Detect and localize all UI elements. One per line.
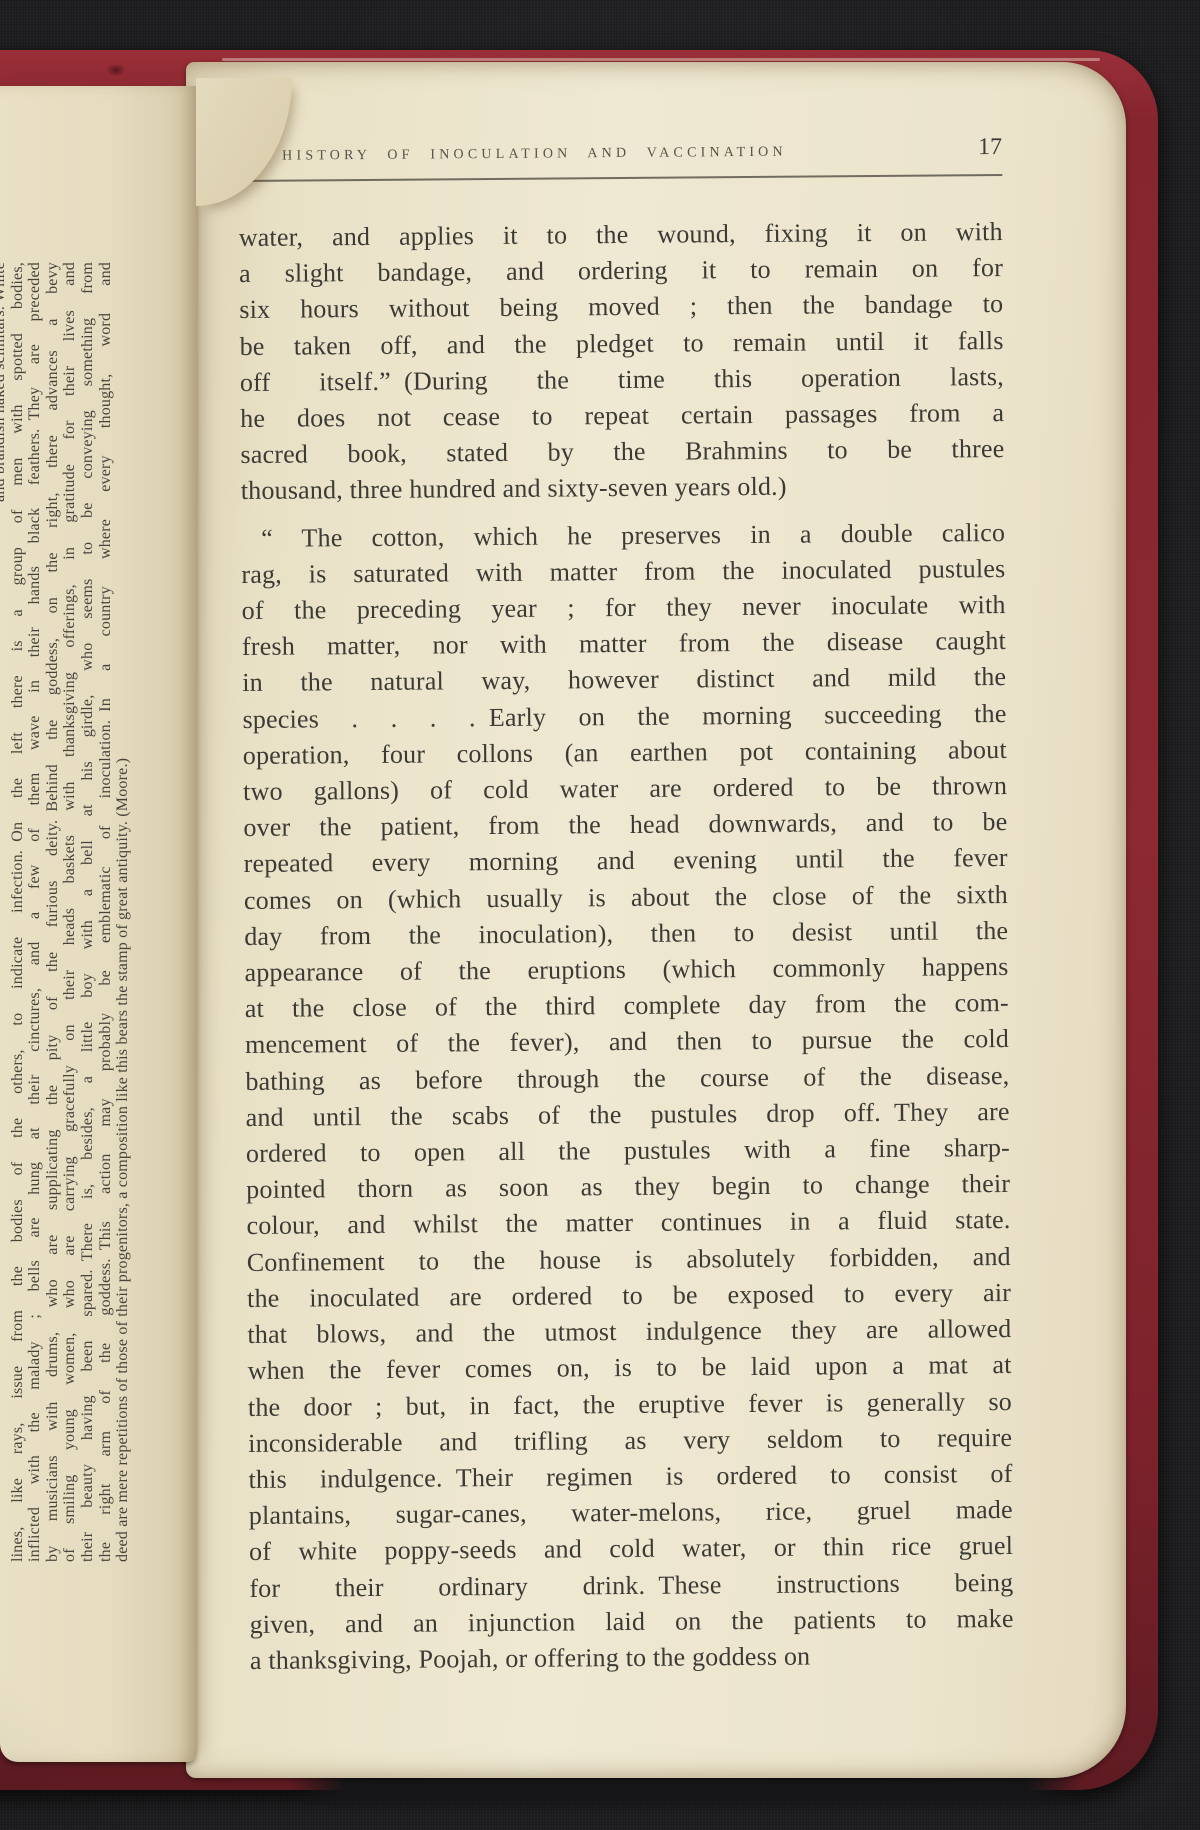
bline-29: for their ordinary drink. These instruct… [249, 1564, 1013, 1606]
bline-25: inconsiderable and trifling as very seld… [248, 1420, 1012, 1462]
bline-18: pointed thorn as soon as they begin to c… [246, 1166, 1010, 1208]
bline-22: that blows, and the utmost indulgence th… [247, 1311, 1011, 1353]
bline-30: given, and an injunction laid on the pat… [250, 1601, 1014, 1643]
bline-12: appearance of the eruptions (which commo… [244, 949, 1008, 991]
bline-27: plantains, sugar-canes, water-melons, ri… [249, 1492, 1013, 1534]
bline-9: repeated every morning and evening until… [244, 840, 1008, 882]
bline-11: day from the inoculation), then to desis… [244, 913, 1008, 955]
bline-20: Confinement to the house is absolutely f… [247, 1239, 1011, 1281]
bline-6: sacred book, stated by the Brahmins to b… [240, 431, 1004, 473]
bline-17: ordered to open all the pustules with a … [246, 1130, 1010, 1172]
cline-5: their beauty having been spared. There i… [79, 262, 97, 1562]
page-header: HISTORY OF INOCULATION AND VACCINATION 1… [238, 134, 1002, 167]
bline-1: a slight bandage, and ordering it to rem… [239, 250, 1003, 292]
cline-1: lines, like rays, issue from the bodies … [9, 262, 27, 1562]
bline-21: the inoculated are ordered to be exposed… [247, 1275, 1011, 1317]
page-number: 17 [978, 134, 1002, 161]
bline-16: and until the scabs of the pustules drop… [246, 1094, 1010, 1136]
paragraph-1: water, and applies it to the wound, fixi… [239, 214, 1005, 510]
bline-19: colour, and whilst the matter continues … [246, 1202, 1010, 1244]
bline-6: operation, four collons (an earthen pot … [243, 732, 1007, 774]
bline-7: thousand, three hundred and sixty-seven … [241, 467, 1005, 509]
bline-5: species . . . . Early on the morning suc… [242, 696, 1006, 738]
bline-4: in the natural way, however distinct and… [242, 659, 1006, 701]
running-header-title: HISTORY OF INOCULATION AND VACCINATION [282, 145, 787, 165]
left-page: and brandish naked scimitars. Whitelines… [0, 86, 197, 1762]
cline-7: deed are mere repetitions of those of th… [114, 262, 132, 1562]
cline-6: the right arm of the goddess. This actio… [97, 262, 115, 1562]
bline-8: over the patient, from the head downward… [243, 804, 1007, 846]
bline-15: bathing as before through the course of … [245, 1058, 1009, 1100]
book-photo: HISTORY OF INOCULATION AND VACCINATION 1… [0, 0, 1200, 1830]
header-rule [238, 174, 1002, 182]
bline-1: rag, is saturated with matter from the i… [241, 551, 1005, 593]
bline-4: off itself.” (During the time this opera… [240, 359, 1004, 401]
body-text: water, and applies it to the wound, fixi… [239, 214, 1014, 1679]
bline-26: this indulgence. Their regimen is ordere… [248, 1456, 1012, 1498]
bline-5: he does not cease to repeat certain pass… [240, 395, 1004, 437]
bline-3: be taken off, and the pledget to remain … [239, 323, 1003, 365]
cline-0: and brandish naked scimitars. White [0, 262, 9, 1562]
bline-2: six hours without being moved ; then the… [239, 286, 1003, 328]
bline-3: fresh matter, nor with matter from the d… [242, 623, 1006, 665]
paragraph-2: “ The cotton, which he preserves in a do… [241, 515, 1014, 1679]
rotated-plate-caption: and brandish naked scimitars. Whitelines… [0, 262, 132, 1562]
bline-2: of the preceding year ; for they never i… [242, 587, 1006, 629]
cline-3: by musicians with drums, who are supplic… [44, 262, 62, 1562]
bline-13: at the close of the third complete day f… [245, 985, 1009, 1027]
cline-4: of smiling young women, who are carrying… [61, 262, 79, 1562]
bline-10: comes on (which usually is about the clo… [244, 877, 1008, 919]
cline-2: inflicted with the malady ; bells are hu… [26, 262, 44, 1562]
bline-7: two gallons) of cold water are ordered t… [243, 768, 1007, 810]
bline-14: mencement of the fever), and then to pur… [245, 1021, 1009, 1063]
bline-24: the door ; but, in fact, the eruptive fe… [248, 1383, 1012, 1425]
right-page: HISTORY OF INOCULATION AND VACCINATION 1… [186, 62, 1126, 1778]
bline-0: “ The cotton, which he preserves in a do… [241, 515, 1005, 557]
bline-31: a thanksgiving, Poojah, or offering to t… [250, 1637, 1014, 1679]
page-content: HISTORY OF INOCULATION AND VACCINATION 1… [238, 134, 1014, 1679]
bline-23: when the fever comes on, is to be laid u… [248, 1347, 1012, 1389]
bline-0: water, and applies it to the wound, fixi… [239, 214, 1003, 256]
bline-28: of white poppy-seeds and cold water, or … [249, 1528, 1013, 1570]
